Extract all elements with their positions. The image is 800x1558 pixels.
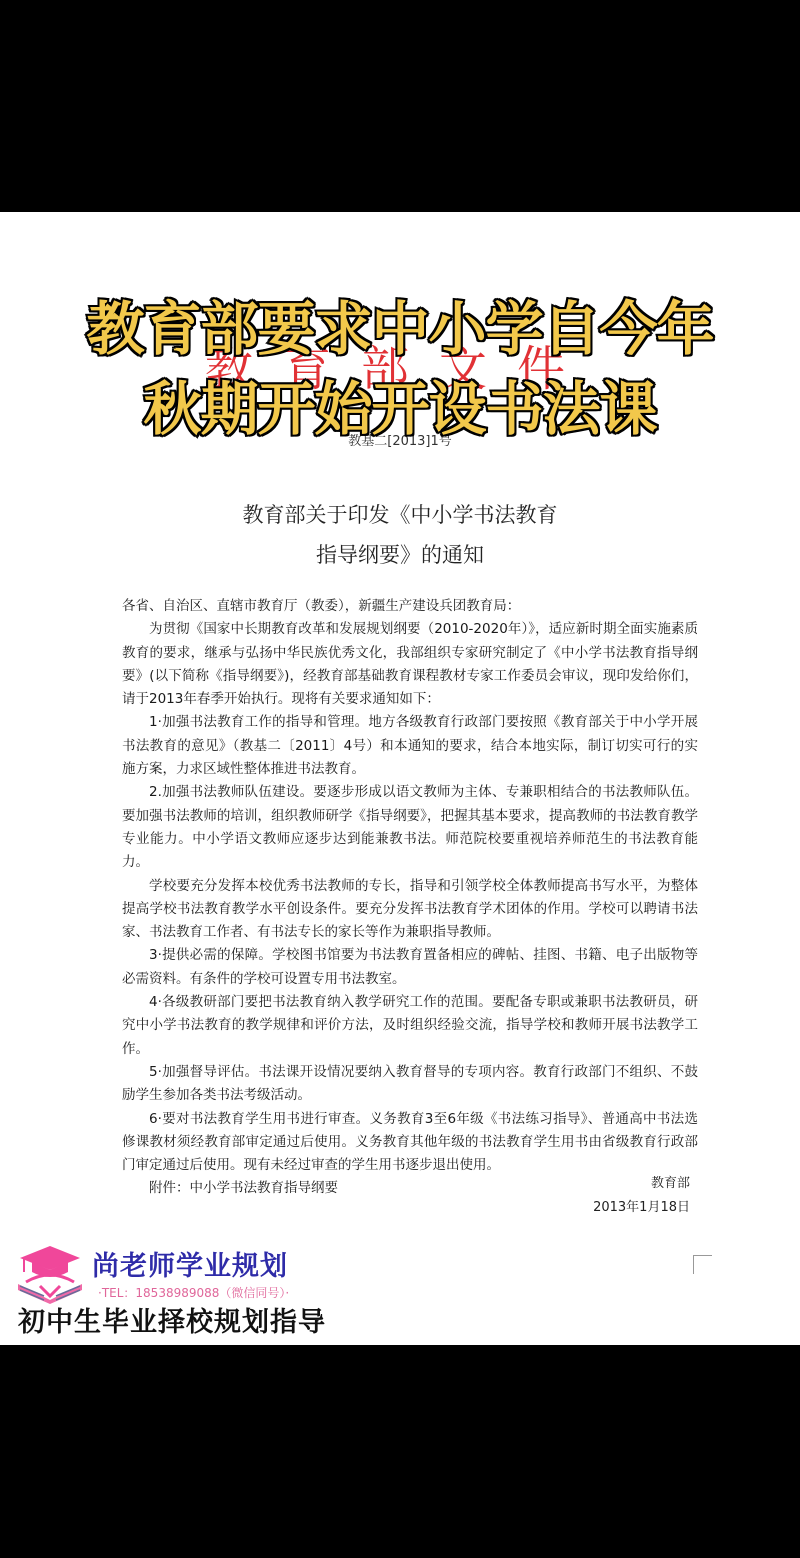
brand-slogan: 初中生毕业择校规划指导 — [18, 1300, 326, 1339]
headline-overlay-line1: 教育部要求中小学自今年 — [0, 282, 800, 366]
signature-org: 教育部 — [593, 1172, 690, 1196]
crop-corner-mark — [693, 1255, 712, 1274]
paragraph-intro: 为贯彻《国家中长期教育改革和发展规划纲要（2010-2020年）》，适应新时期全… — [122, 618, 698, 711]
paragraph-item-2-continued: 学校要充分发挥本校优秀书法教师的专长，指导和引领学校全体教师提高书写水平，为整体… — [122, 875, 698, 945]
paragraph-item-1: 1·加强书法教育工作的指导和管理。地方各级教育行政部门要按照《教育部关于中小学开… — [122, 711, 698, 781]
document-title-line2: 指导纲要》的通知 — [0, 535, 800, 575]
brand-phone: ·TEL：18538989088（微信同号）· — [98, 1284, 289, 1301]
paragraph-item-3: 3·提供必需的保障。学校图书馆要为书法教育置备相应的碑帖、挂图、书籍、电子出版物… — [122, 944, 698, 991]
document-body: 各省、自治区、直辖市教育厅（教委），新疆生产建设兵团教育局： 为贯彻《国家中长期… — [122, 595, 698, 1201]
headline-overlay-line2: 秋期开始开设书法课 — [0, 362, 800, 446]
brand-name: 尚老师学业规划 — [92, 1244, 288, 1283]
graduation-cap-book-icon — [14, 1242, 86, 1304]
paragraph-item-6: 6·要对书法教育学生用书进行审查。义务教育3至6年级《书法练习指导》、普通高中书… — [122, 1108, 698, 1178]
document-page: 教育部文件 教基二[2013]1号 教育部要求中小学自今年 秋期开始开设书法课 … — [0, 212, 800, 1345]
document-title: 教育部关于印发《中小学书法教育 指导纲要》的通知 — [0, 495, 800, 575]
salutation: 各省、自治区、直辖市教育厅（教委），新疆生产建设兵团教育局： — [122, 595, 698, 618]
paragraph-item-5: 5·加强督导评估。书法课开设情况要纳入教育督导的专项内容。教育行政部门不组织、不… — [122, 1061, 698, 1108]
paragraph-item-4: 4·各级教研部门要把书法教育纳入教学研究工作的范围。要配备专职或兼职书法教研员，… — [122, 991, 698, 1061]
document-title-line1: 教育部关于印发《中小学书法教育 — [0, 495, 800, 535]
signature-date: 2013年1月18日 — [593, 1196, 690, 1220]
signature-block: 教育部 2013年1月18日 — [593, 1172, 690, 1220]
paragraph-item-2: 2.加强书法教师队伍建设。要逐步形成以语文教师为主体、专兼职相结合的书法教师队伍… — [122, 781, 698, 874]
watermark-brand: 尚老师学业规划 ·TEL：18538989088（微信同号）· 初中生毕业择校规… — [12, 1242, 352, 1342]
